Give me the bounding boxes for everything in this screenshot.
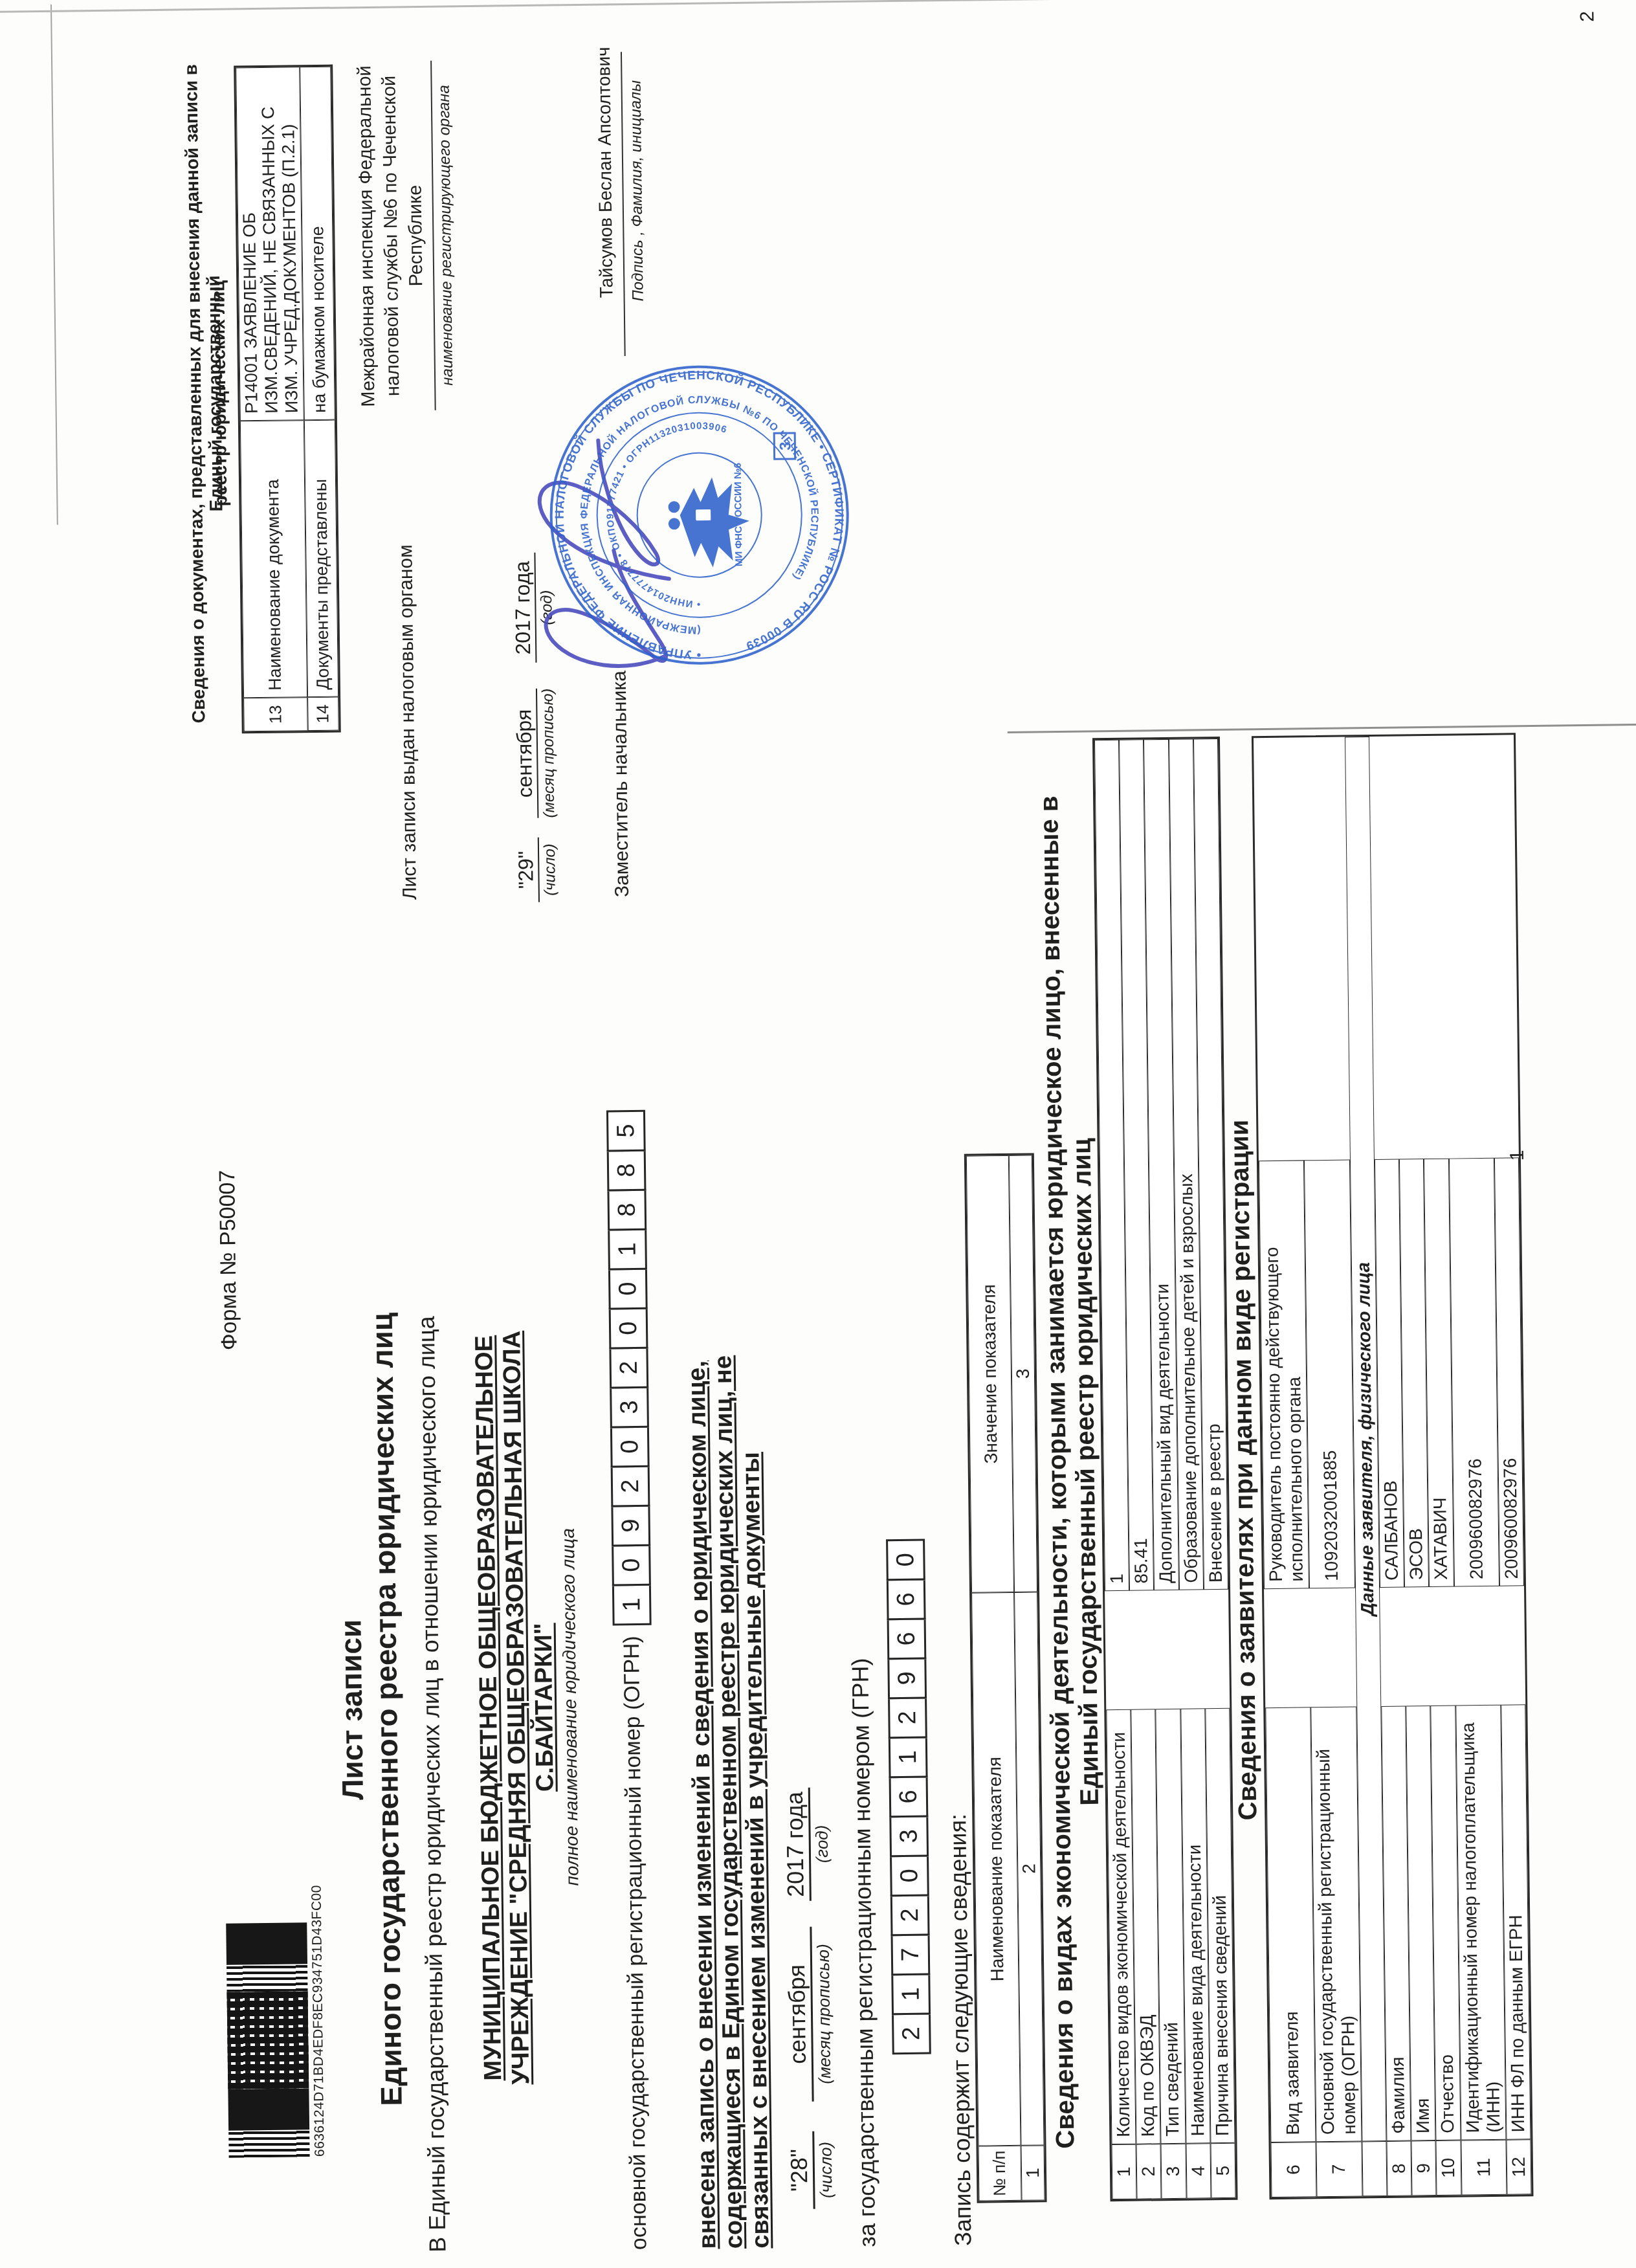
grn-digit: 1 [891,1973,931,2016]
applicants-table: 6 Вид заявителя Руководитель постоянно д… [1252,733,1534,2199]
row-label: Основной государственный регистрационный… [1311,1706,1362,2142]
page2-number: 2 [1576,11,1598,22]
row-label: Причина внесения сведений [1205,1708,1235,2143]
row-value: 1092032001885 [1304,1160,1354,1589]
record-date-month: сентября [782,1927,813,2102]
issue-date-day: "29" [514,838,540,902]
row-num: 5 [1210,2143,1235,2198]
grn-digit: 3 [889,1816,929,1858]
grn-digit: 2 [892,2013,931,2055]
record-date-year-caption: (год) [812,1787,833,1900]
row-value: 200960082976 [1494,1157,1524,1586]
ogrn-digit: 0 [609,1307,648,1350]
authority-line3: Республике [403,61,428,410]
barcode-bar [226,1922,307,1965]
row-num: 3 [1161,2144,1186,2199]
row-num: 6 [1270,2142,1316,2197]
row-label: Идентификационный номер налогоплательщик… [1455,1705,1507,2140]
grn-digit: 9 [887,1658,927,1700]
row-value: Руководитель постоянно действующего испо… [1259,1160,1309,1589]
grn-digit-boxes: 2 1 7 2 0 3 6 1 2 9 6 6 0 [886,1539,931,2053]
row-num: 13 [243,697,308,731]
ogrn-digit: 2 [611,1465,650,1507]
row-num: 10 [1436,2140,1461,2196]
stamp-center-label: МИ ФНС РОССИИ №6 [733,463,745,566]
ogrn-digit: 2 [609,1347,648,1389]
grn-digit: 1 [889,1737,928,1779]
grn-digit: 6 [887,1618,927,1660]
grn-label: за государственным регистрационным номер… [847,1658,880,2247]
record-date-day-caption: (число) [815,2131,836,2208]
ogrn-digit: 8 [607,1150,647,1192]
row-num: 12 [1506,2139,1531,2194]
row-label: ИНН ФЛ по данным ЕГРН [1501,1704,1531,2139]
page1-number: 1 [1507,1150,1529,1161]
grn-digit: 7 [891,1934,931,1976]
row-label: Документы представлены [304,420,338,698]
barcode-stripes [227,1964,308,1992]
barcode-number: 6636124D71BD4EDF8EC934751D43FC00 [309,1885,328,2157]
row-num: 9 [1411,2140,1437,2196]
ogrn-digit: 0 [612,1544,651,1586]
record-date-year: 2017 года [781,1788,812,1902]
signature-underline [621,52,626,356]
barcode-bar [228,2088,309,2131]
sign-caption: Подпись , Фамилия, инициалы [627,52,648,330]
grn-digit: 0 [886,1539,925,1581]
ogrn-digit: 5 [606,1110,646,1152]
barcode-noise [227,1991,309,2089]
col-header-name: Наименование показателя [971,1592,1021,2146]
ogrn-digit: 8 [607,1189,647,1231]
grn-digit: 0 [890,1855,929,1897]
ogrn-digit: 9 [611,1505,650,1547]
row-num [1362,2141,1387,2196]
row-num: 8 [1386,2140,1411,2196]
sheet-edge-line [1008,724,1636,733]
sheet-top-edge-line [50,5,58,525]
ogrn-digit-boxes: 1 0 9 2 0 3 2 0 0 1 8 8 5 [606,1110,652,1624]
ogrn-digit: 0 [610,1426,650,1468]
row-value: 200960082976 [1448,1158,1499,1587]
barcode-stripes [228,2129,310,2158]
form-number-label: Форма № Р50007 [215,1170,243,1467]
row-value: на бумажном носителе [300,67,335,421]
documents-table: 13 Наименование документа Р14001 ЗАЯВЛЕН… [234,65,341,734]
row-num: 14 [307,697,339,731]
grn-digit: 2 [890,1895,930,1937]
record-intro: Запись содержит следующие сведения: [945,1814,976,2246]
grn-digit: 2 [888,1697,927,1739]
row-label: Вид заявителя [1265,1707,1316,2142]
record-date-day: "28" [785,2131,815,2210]
grn-digit: 6 [889,1776,929,1818]
row-value: Р14001 ЗАЯВЛЕНИЕ ОБ ИЗМ.СВЕДЕНИЙ, НЕ СВЯ… [236,67,304,421]
scanned-document: 6636124D71BD4EDF8EC934751D43FC00 Форма №… [0,0,1636,2268]
tax-office-stamp: • УПРАВЛЕНИЕ ФЕДЕРАЛЬНОЙ НАЛОГОВОЙ СЛУЖБ… [546,361,854,669]
row-num: 7 [1316,2141,1362,2197]
ogrn-digit: 0 [608,1268,648,1310]
barcode [226,1922,309,2158]
activity-table: 1 Количество видов экономической деятель… [1092,737,1238,2201]
ogrn-digit: 1 [612,1584,652,1626]
authority-caption: наименование регистрирующего органа [436,60,457,410]
row-num: 1 [1112,2144,1137,2199]
issue-date-day-caption: (число) [541,837,560,902]
col-index: 1 [1021,2145,1045,2200]
intro-paragraph: В Единый государственный реестр юридичес… [412,1243,452,2252]
grn-digit: 6 [887,1579,926,1621]
ogrn-digit: 3 [610,1386,649,1429]
row-label: Наименование документа [240,420,307,698]
authority-line2: налоговой службы №6 по Чеченской [379,61,404,410]
col-header-num: № п/п [978,2146,1022,2201]
col-header-value: Значение показателя [966,1155,1014,1593]
scanner-edge-line [0,0,1628,13]
issued-by-line: Лист записи выдан налоговым органом [395,544,421,900]
row-num: 11 [1461,2140,1507,2196]
signer-name: Тайсумов Беслан Апсолтович [593,52,617,298]
record-date-month-caption: (месяц прописью) [813,1926,835,2101]
ogrn-label: основной государственный регистрационный… [619,1636,652,2250]
authority-line1: Межрайонная инспекция Федеральной [354,61,379,411]
record-header-table: № п/п Наименование показателя Значение п… [964,1153,1047,2203]
col-index: 3 [1009,1155,1037,1592]
row-num: 2 [1136,2144,1162,2199]
row-num: 4 [1186,2143,1211,2198]
stamp-number: 3 [777,441,794,450]
rotated-sheet: 6636124D71BD4EDF8EC934751D43FC00 Форма №… [0,0,1636,2268]
ogrn-digit: 1 [608,1228,647,1271]
